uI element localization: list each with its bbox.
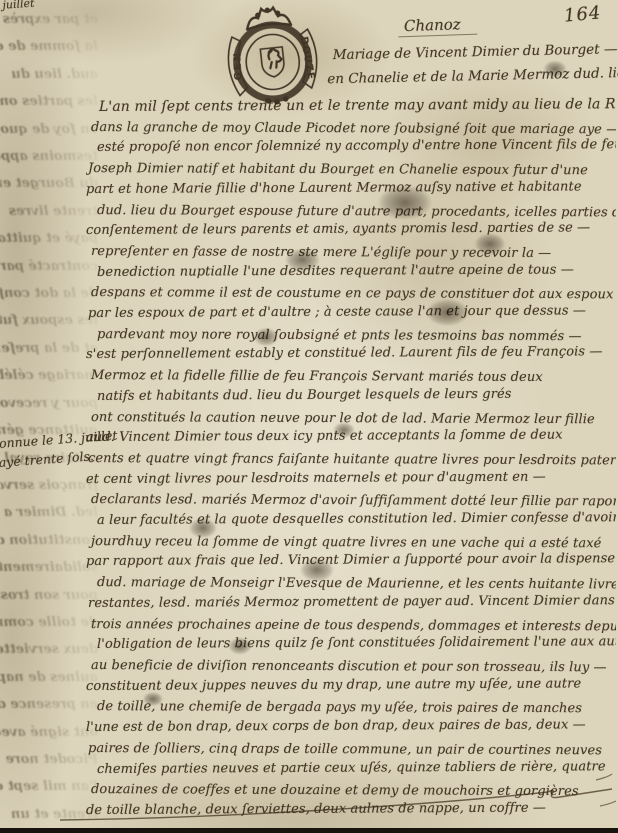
title-line: en Chanelie et de la Marie Mermoz dud. l…: [327, 61, 618, 91]
manuscript-body: L'an mil ſept cents trente un et le tren…: [86, 97, 616, 822]
manuscript-line: esté propoſé non encor ſolemnizé ny acco…: [86, 136, 616, 159]
ink-stain: [540, 58, 570, 80]
scan-edge-bar: [0, 828, 618, 833]
manuscript-line: benediction nuptialle l'une desdites req…: [86, 260, 616, 283]
flourish-stroke-icon: [0, 770, 618, 825]
tax-stamp-icon: GEN DOUZE: [188, 0, 356, 114]
manuscript-line: l'obligation de leurs biens quilz ſe ſon…: [86, 633, 616, 656]
page-number: 164: [563, 2, 602, 26]
manuscript-page: et par exprèsla ſomme de centaud. lieu d…: [0, 0, 618, 833]
manuscript-line: l'une est de bon drap, deux corps de bon…: [86, 715, 616, 738]
ink-stain: [225, 635, 255, 657]
parish-heading: Chanoz: [398, 15, 477, 38]
ink-stain: [295, 555, 339, 585]
manuscript-line: par rapport aux frais que led. Vincent D…: [86, 550, 616, 573]
ink-stain: [370, 180, 440, 225]
ink-stain: [140, 690, 166, 708]
ink-stain: [470, 230, 510, 258]
manuscript-line: par les espoux de part et d'aultre ; à c…: [86, 301, 616, 324]
manuscript-line: conſentement de leurs parents et amis, a…: [86, 218, 616, 241]
ink-stain: [330, 420, 358, 440]
manuscript-line: restantes, lesd. mariés Mermoz prometten…: [86, 591, 616, 614]
ink-stain: [250, 325, 282, 349]
manuscript-line: constituent deux juppes neuves du my dra…: [86, 674, 616, 697]
ink-stain: [280, 245, 325, 275]
manuscript-line: natifs et habitants dud. lieu du Bourget…: [86, 384, 616, 407]
ink-stain: [420, 295, 475, 330]
manuscript-line: s'est perſonnellement estably et constit…: [86, 343, 616, 366]
corner-date-note: 3 juillet: [0, 0, 35, 12]
stamp-left-banner-text: GEN: [232, 51, 244, 81]
ink-stain: [185, 515, 221, 541]
manuscript-line: a leur facultés et la quote desquelles c…: [86, 508, 616, 531]
manuscript-line: et cent vingt livres pour lesdroits mate…: [86, 467, 616, 490]
recto-text-layer: 3 juillet 164 Chanoz Mariage de Vincent …: [0, 0, 618, 833]
manuscript-line: part et hone Marie fillie d'hone Laurent…: [86, 177, 616, 200]
record-title: Mariage de Vincent Dimier du Bourget —— …: [333, 37, 618, 91]
